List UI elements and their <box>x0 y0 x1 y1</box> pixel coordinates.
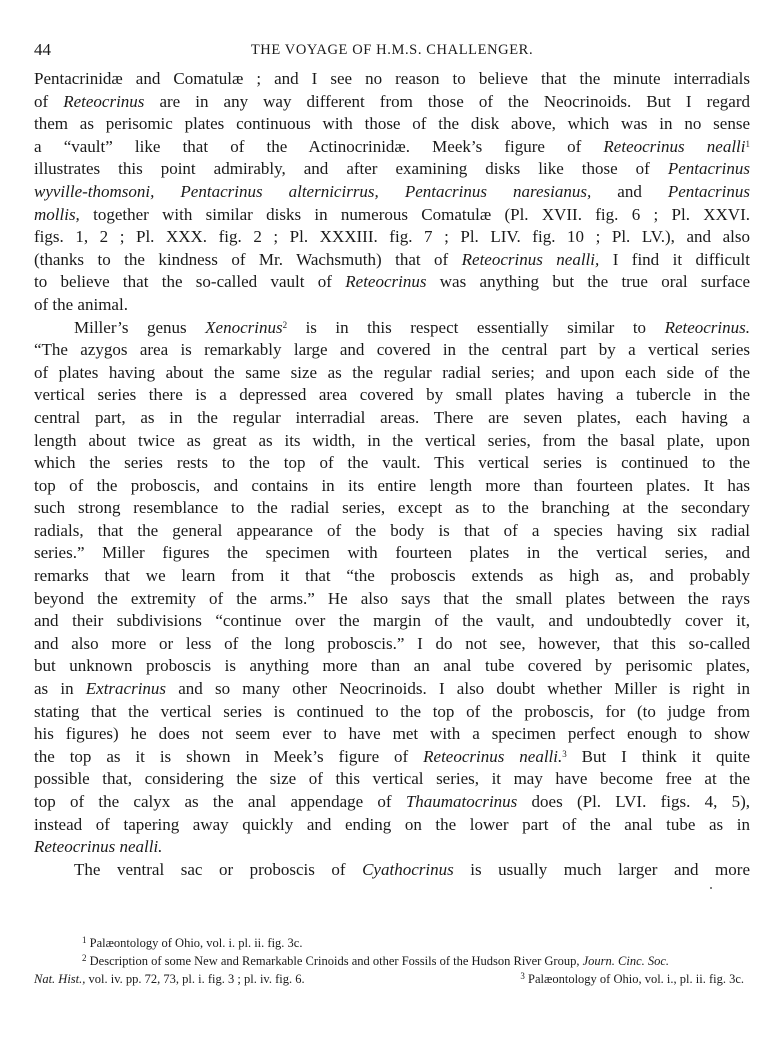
text-run: top of the proboscis, and contains in it… <box>34 476 750 495</box>
text-run: figs. 1, 2 ; Pl. XXX. fig. 2 ; Pl. XXXII… <box>34 227 750 246</box>
footnote-journal: Nat. Hist., <box>34 972 85 986</box>
text-line: stating that the vertical series is cont… <box>34 701 750 724</box>
text-run: I find it difficult <box>599 250 750 269</box>
text-run: illustrates this point admirably, and af… <box>34 159 668 178</box>
text-run: was anything but the true oral surface <box>426 272 750 291</box>
footnote-reference: 1 <box>746 139 751 149</box>
text-run: and their subdivisions “continue over th… <box>34 611 750 630</box>
text-run: is usually much larger and more <box>454 860 750 879</box>
text-line: such strong resemblance to the radial se… <box>34 497 750 520</box>
footnote-mark: 1 <box>82 935 87 945</box>
text-line: the top as it is shown in Meek’s figure … <box>34 746 750 769</box>
footnote-1: 1 Palæontology of Ohio, vol. i. pl. ii. … <box>34 934 750 952</box>
text-run: possible that, considering the size of t… <box>34 769 750 788</box>
footnote-2-continued: Nat. Hist., vol. iv. pp. 72, 73, pl. i. … <box>34 970 305 988</box>
footnote-text: Palæontology of Ohio, vol. i., pl. ii. f… <box>528 972 744 986</box>
text-line: “The azygos area is remarkably large and… <box>34 339 750 362</box>
text-line: The ventral sac or proboscis of Cyathocr… <box>34 859 750 882</box>
text-line: possible that, considering the size of t… <box>34 768 750 791</box>
footnote-text: vol. iv. pp. 72, 73, pl. i. fig. 3 ; pl.… <box>85 972 304 986</box>
footnote-2: 2 Description of some New and Remarkable… <box>34 952 750 970</box>
text-line: them as perisomic plates continuous with… <box>34 113 750 136</box>
footnote-text: Palæontology of Ohio, vol. i. pl. ii. fi… <box>90 936 303 950</box>
text-line: and their subdivisions “continue over th… <box>34 610 750 633</box>
text-run: as in <box>34 679 86 698</box>
text-run: is in this respect essentially similar t… <box>287 318 664 337</box>
text-run: of the animal. <box>34 295 128 314</box>
text-run: together with similar disks in numerous … <box>80 205 750 224</box>
text-run: are in any way different from those of t… <box>144 92 750 111</box>
text-run: vertical series there is a depressed are… <box>34 385 750 404</box>
footnote-journal: Journ. Cinc. Soc. <box>583 954 669 968</box>
text-run: such strong resemblance to the radial se… <box>34 498 750 517</box>
text-line: of plates having about the same size as … <box>34 362 750 385</box>
text-run: which the series rests to the top of the… <box>34 453 750 472</box>
text-line: length about twice as great as its width… <box>34 430 750 453</box>
text-run: The ventral sac or proboscis of <box>74 860 362 879</box>
text-line: (thanks to the kindness of Mr. Wachsmuth… <box>34 249 750 272</box>
footnote-reference: 3 <box>562 749 567 759</box>
text-run: “The azygos area is remarkably large and… <box>34 340 750 359</box>
italic-taxon: Reteocrinus nealli <box>603 137 745 156</box>
text-run: them as perisomic plates continuous with… <box>34 114 750 133</box>
text-line: but unknown proboscis is anything more t… <box>34 655 750 678</box>
text-run: of plates having about the same size as … <box>34 363 750 382</box>
text-line: Pentacrinidæ and Comatulæ ; and I see no… <box>34 68 750 91</box>
text-run: a “vault” like that of the Actinocrinidæ… <box>34 137 603 156</box>
body-text: Pentacrinidæ and Comatulæ ; and I see no… <box>34 68 750 881</box>
text-run: series.” Miller figures the specimen wit… <box>34 543 750 562</box>
footnote-reference: 2 <box>283 320 288 330</box>
footnote-mark: 3 <box>520 971 525 981</box>
text-run: and <box>591 182 668 201</box>
text-run: (thanks to the kindness of Mr. Wachsmuth… <box>34 250 462 269</box>
text-line: illustrates this point admirably, and af… <box>34 158 750 181</box>
text-run: instead of tapering away quickly and end… <box>34 815 750 834</box>
footnote-mark: 2 <box>82 953 87 963</box>
italic-taxon: Pentacrinus <box>668 159 750 178</box>
italic-taxon: Extracrinus <box>86 679 166 698</box>
footnotes: 1 Palæontology of Ohio, vol. i. pl. ii. … <box>34 934 750 988</box>
text-line: a “vault” like that of the Actinocrinidæ… <box>34 136 750 159</box>
print-speck <box>710 887 712 889</box>
text-line: mollis, together with similar disks in n… <box>34 204 750 227</box>
footnote-row: Nat. Hist., vol. iv. pp. 72, 73, pl. i. … <box>34 970 750 988</box>
text-run: Miller’s genus <box>74 318 205 337</box>
text-line: which the series rests to the top of the… <box>34 452 750 475</box>
italic-taxon: Reteocrinus <box>345 272 426 291</box>
text-line: figs. 1, 2 ; Pl. XXX. fig. 2 ; Pl. XXXII… <box>34 226 750 249</box>
text-line: Miller’s genus Xenocrinus2 is in this re… <box>34 317 750 340</box>
italic-taxon: mollis, <box>34 205 80 224</box>
italic-taxon: Thaumatocrinus <box>406 792 517 811</box>
italic-taxon: Cyathocrinus <box>362 860 454 879</box>
italic-taxon: Xenocrinus <box>205 318 282 337</box>
text-line: as in Extracrinus and so many other Neoc… <box>34 678 750 701</box>
text-run: but unknown proboscis is anything more t… <box>34 656 750 675</box>
text-run: length about twice as great as its width… <box>34 431 750 450</box>
text-line: of the animal. <box>34 294 750 317</box>
italic-taxon: Reteocrinus nealli. <box>34 837 162 856</box>
text-line: radials, that the general appearance of … <box>34 520 750 543</box>
text-run: central part, as in the regular interrad… <box>34 408 750 427</box>
text-line: central part, as in the regular interrad… <box>34 407 750 430</box>
text-run: Pentacrinidæ and Comatulæ ; and I see no… <box>34 69 750 88</box>
text-line: Reteocrinus nealli. <box>34 836 750 859</box>
footnote-text: Description of some New and Remarkable C… <box>90 954 583 968</box>
text-run: of <box>34 92 63 111</box>
text-line: series.” Miller figures the specimen wit… <box>34 542 750 565</box>
text-run: and also more or less of the long probos… <box>34 634 750 653</box>
text-run: radials, that the general appearance of … <box>34 521 750 540</box>
italic-taxon: Reteocrinus nealli, <box>462 250 600 269</box>
running-title: THE VOYAGE OF H.M.S. CHALLENGER. <box>34 42 750 59</box>
text-run: remarks that we learn from it that “the … <box>34 566 750 585</box>
text-line: of Reteocrinus are in any way different … <box>34 91 750 114</box>
italic-taxon: Reteocrinus nealli. <box>423 747 562 766</box>
italic-taxon: Reteocrinus <box>63 92 144 111</box>
text-line: to believe that the so-called vault of R… <box>34 271 750 294</box>
text-run: his figures) he does not seem ever to ha… <box>34 724 750 743</box>
text-run: But I think it quite <box>567 747 750 766</box>
text-line: vertical series there is a depressed are… <box>34 384 750 407</box>
text-run: the top as it is shown in Meek’s figure … <box>34 747 423 766</box>
italic-taxon: wyville-thomsoni, Pentacrinus alternicir… <box>34 182 591 201</box>
text-run: to believe that the so-called vault of <box>34 272 345 291</box>
text-line: remarks that we learn from it that “the … <box>34 565 750 588</box>
text-run: top of the calyx as the anal appendage o… <box>34 792 406 811</box>
text-line: his figures) he does not seem ever to ha… <box>34 723 750 746</box>
text-line: beyond the extremity of the arms.” He al… <box>34 588 750 611</box>
italic-taxon: Reteocrinus. <box>665 318 750 337</box>
page-header: 44 THE VOYAGE OF H.M.S. CHALLENGER. <box>34 40 750 64</box>
text-line: top of the calyx as the anal appendage o… <box>34 791 750 814</box>
text-run: beyond the extremity of the arms.” He al… <box>34 589 750 608</box>
document-page: 44 THE VOYAGE OF H.M.S. CHALLENGER. Pent… <box>0 0 776 1050</box>
footnote-3: 3 Palæontology of Ohio, vol. i., pl. ii.… <box>520 970 750 988</box>
text-line: wyville-thomsoni, Pentacrinus alternicir… <box>34 181 750 204</box>
text-line: and also more or less of the long probos… <box>34 633 750 656</box>
text-line: instead of tapering away quickly and end… <box>34 814 750 837</box>
text-run: stating that the vertical series is cont… <box>34 702 750 721</box>
text-run: does (Pl. LVI. figs. 4, 5), <box>517 792 750 811</box>
text-run: and so many other Neocrinoids. I also do… <box>166 679 750 698</box>
italic-taxon: Pentacrinus <box>668 182 750 201</box>
text-line: top of the proboscis, and contains in it… <box>34 475 750 498</box>
